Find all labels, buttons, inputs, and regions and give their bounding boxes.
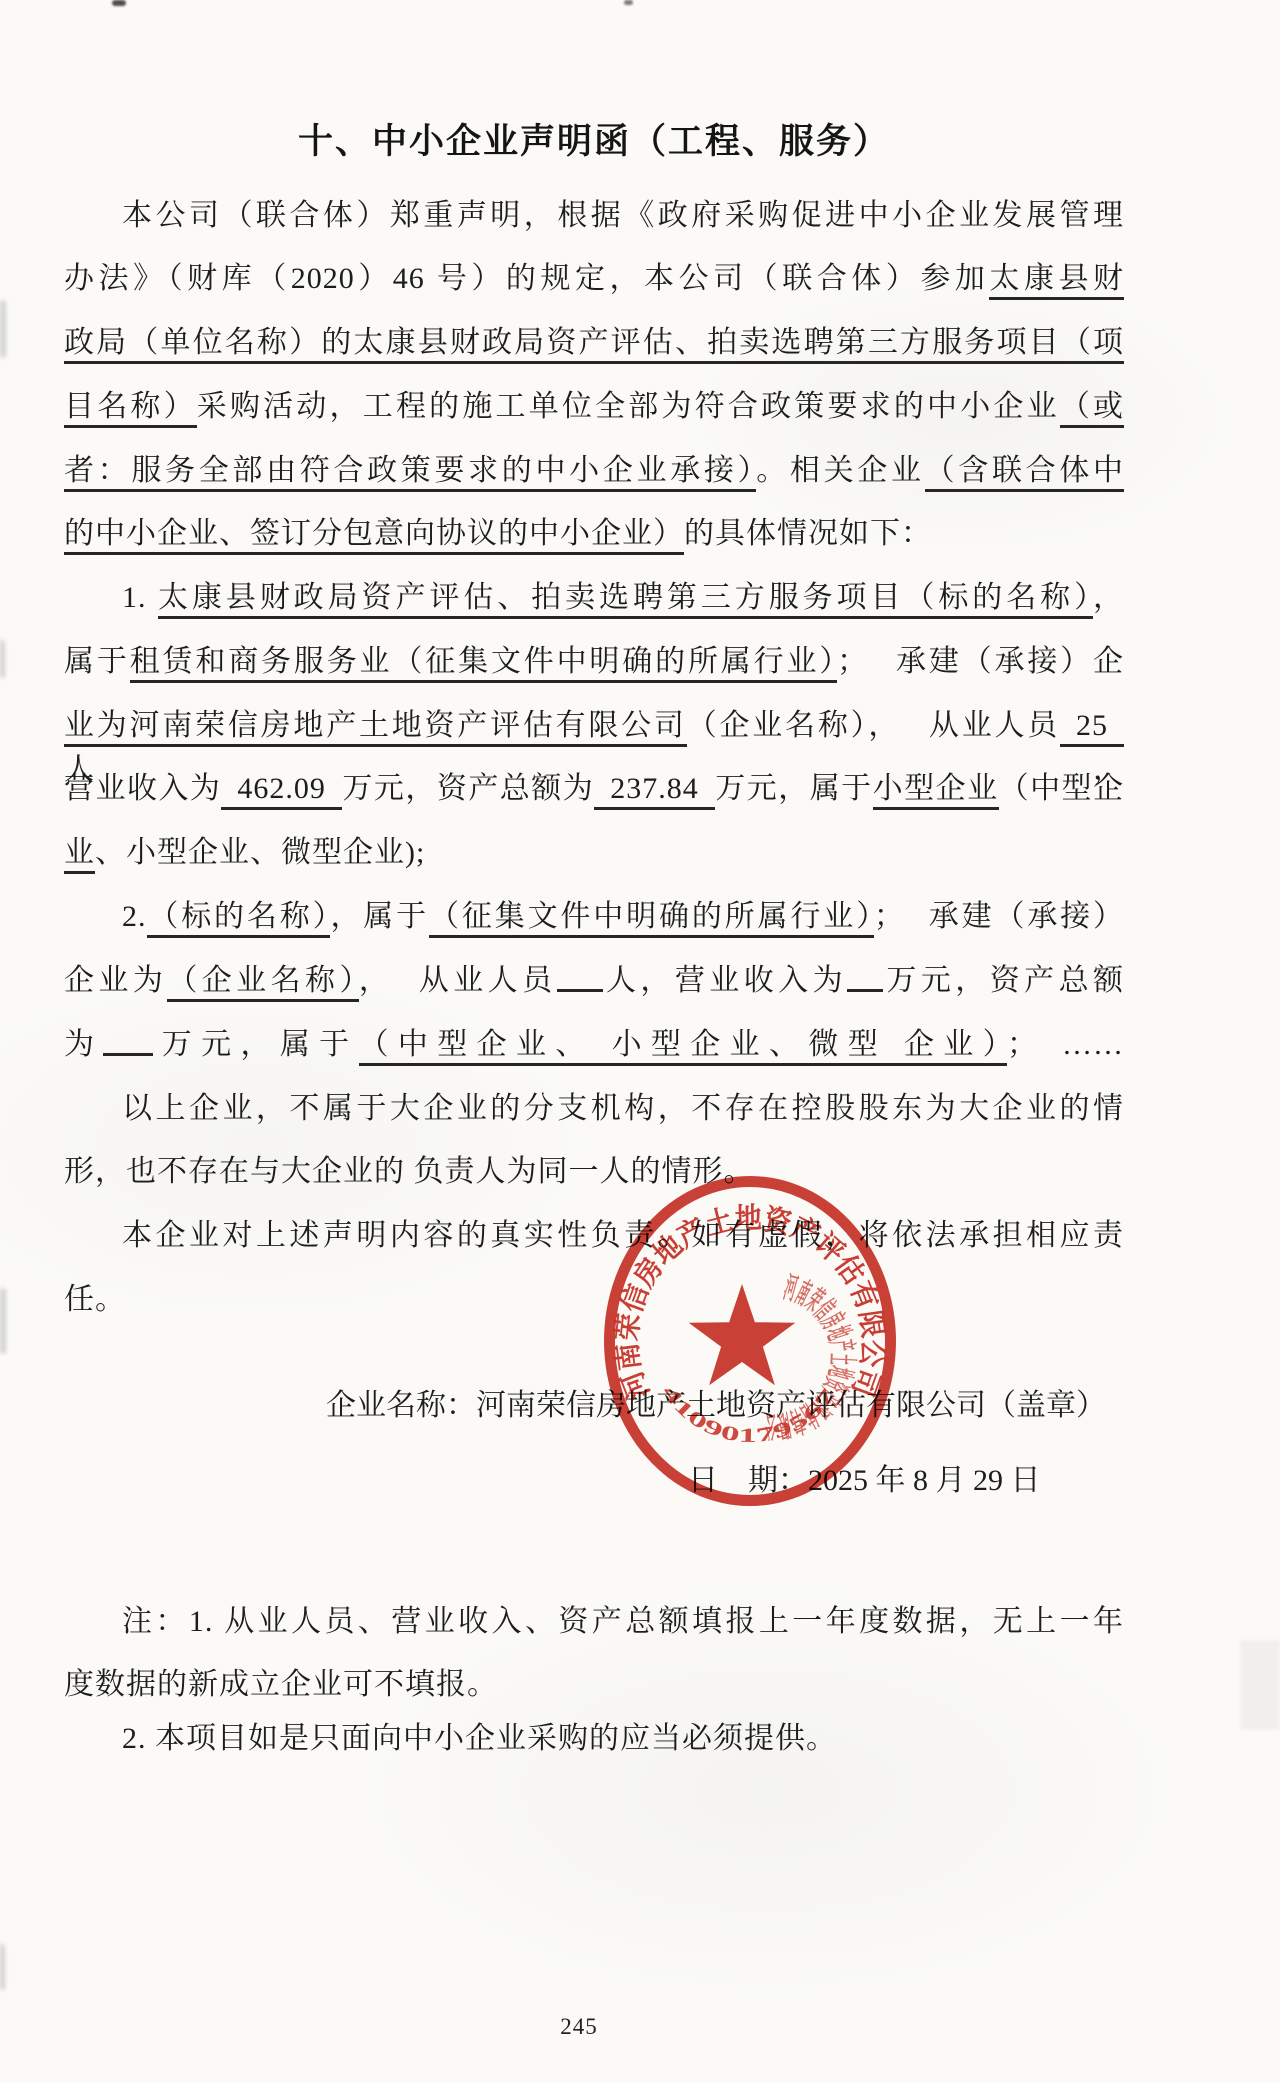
filled-blank: 目名称） <box>64 390 197 428</box>
paragraph-line: 以上企业，不属于大企业的分支机构，不存在控股股东为大企业的情 <box>64 1087 1124 1131</box>
blank-underline <box>557 959 603 992</box>
paragraph-line: 企业为（企业名称），从业人员人，营业收入为万元，资产总额 <box>64 959 1124 1003</box>
blank-underline: （征集文件中明确的所属行业） <box>429 900 874 938</box>
filled-blank: 太康县财 <box>989 262 1124 300</box>
note-line-3: 2. 本项目如是只面向中小企业采购的应当必须提供。 <box>64 1717 1124 1761</box>
paragraph-line: 属于租赁和商务服务业（征集文件中明确的所属行业）；承建（承接）企 <box>64 640 1124 684</box>
filled-blank: 太康县财政局资产评估、拍卖选聘第三方服务项目（标的名称） <box>158 581 1093 619</box>
filled-blank: 业 <box>64 836 95 874</box>
paragraph-line: 的中小企业、签订分包意向协议的中小企业）的具体情况如下： <box>64 512 1124 556</box>
company-seal: 河南荣信房地产土地资产评估有限公司 41090179567 河南荣信房地产土地资… <box>586 1164 914 1520</box>
seal-star-icon <box>689 1284 796 1385</box>
blank-underline: （企业名称） <box>167 964 359 1002</box>
document-page: 十、中小企业声明函（工程、服务） 本公司（联合体）郑重声明，根据《政府采购促进中… <box>0 0 1280 2082</box>
paragraph-line: 政局（单位名称）的太康县财政局资产评估、拍卖选聘第三方服务项目（项 <box>64 321 1124 365</box>
page-number: 245 <box>64 2014 1094 2040</box>
scan-artifact <box>0 1288 6 1354</box>
blank-underline <box>847 959 883 992</box>
paragraph-line: 目名称）采购活动，工程的施工单位全部为符合政策要求的中小企业（或 <box>64 385 1124 429</box>
blank-underline: （中型企业、 小型企业、微型 企业） <box>359 1028 1007 1066</box>
paragraph-line: 者：服务全部由符合政策要求的中小企业承接）。相关企业（含联合体中 <box>64 449 1124 493</box>
list-item-2: 2.（标的名称），属于（征集文件中明确的所属行业）；承建（承接） <box>64 895 1124 939</box>
scan-artifact <box>0 1944 5 1990</box>
filled-blank: 237.84 <box>594 772 715 810</box>
filled-blank: 政局（单位名称）的太康县财政局资产评估、拍卖选聘第三方服务项目（项 <box>64 326 1124 364</box>
paragraph-line: 本公司（联合体）郑重声明，根据《政府采购促进中小企业发展管理 <box>64 194 1124 238</box>
paragraph-line: 营业收入为462.09万元，资产总额为237.84万元，属于小型企业（中型企 <box>64 767 1124 811</box>
paragraph-line: 办法》（财库（2020）46 号）的规定，本公司（联合体）参加太康县财 <box>64 257 1124 301</box>
filled-blank: 者：服务全部由符合政策要求的中小企业承接） <box>64 454 756 492</box>
blank-underline <box>103 1023 153 1056</box>
note-line-1: 注：1. 从业人员、营业收入、资产总额填报上一年度数据，无上一年 <box>64 1600 1124 1644</box>
blank-underline: （标的名称） <box>147 900 331 938</box>
scan-artifact <box>112 0 126 6</box>
filled-blank: （或 <box>1060 390 1124 428</box>
paragraph-line: 为万元，属于（中型企业、 小型企业、微型 企业）；…… <box>64 1023 1124 1067</box>
paragraph-line: 业为河南荣信房地产土地资产评估有限公司（企业名称），从业人员25人， <box>64 704 1124 748</box>
filled-blank: 462.09 <box>221 772 342 810</box>
filled-blank: 小型企业 <box>873 772 999 810</box>
filled-blank: 的中小企业、签订分包意向协议的中小企业） <box>64 517 684 555</box>
filled-blank: 25 <box>1060 709 1124 747</box>
filled-blank: 业为河南荣信房地产土地资产评估有限公司 <box>64 709 687 747</box>
paragraph-line: 业、小型企业、微型企业); <box>64 831 1124 875</box>
list-item-1: 1. 太康县财政局资产评估、拍卖选聘第三方服务项目（标的名称）， <box>64 576 1124 620</box>
page-title: 十、中小企业声明函（工程、服务） <box>64 116 1124 168</box>
note-line-2: 度数据的新成立企业可不填报。 <box>64 1663 1124 1707</box>
scan-artifact <box>0 640 5 678</box>
scan-artifact <box>1240 1640 1280 1730</box>
filled-blank: 租赁和商务服务业（征集文件中明确的所属行业） <box>130 645 837 683</box>
filled-blank: （含联合体中 <box>925 454 1124 492</box>
scan-artifact <box>624 0 633 5</box>
scan-artifact <box>0 300 6 358</box>
